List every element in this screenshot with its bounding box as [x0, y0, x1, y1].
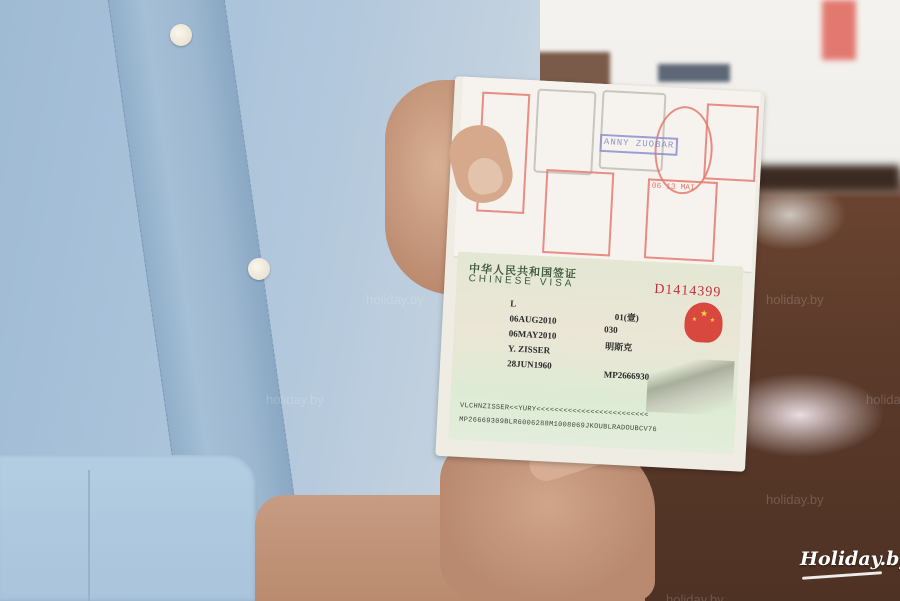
background-red-object: [822, 0, 856, 60]
stamp-date: 06 13 MAI: [651, 182, 695, 193]
date-stamp: 06 13 MAI: [644, 178, 718, 262]
photo-scene: ANNY ZUOBAR 06 13 MAI 中华人民共和国签证 CHINESE …: [0, 0, 900, 601]
watermark: holiday.by: [866, 392, 900, 407]
watermark: holiday.by: [266, 392, 324, 407]
shirt-sleeve-cuff: [0, 455, 258, 601]
watermark: holiday.by: [666, 592, 724, 601]
faded-stamp: [533, 88, 596, 175]
national-emblem-icon: ★ ★ ★: [684, 302, 724, 344]
great-wall-illustration: [646, 357, 735, 416]
visa-birth-date: 28JUN1960: [507, 358, 552, 370]
visa-entries: 01(壹): [614, 310, 639, 324]
holiday-logo: Holiday.by: [800, 548, 900, 570]
exit-stamp: [703, 103, 759, 182]
visa-category: L: [510, 298, 517, 308]
watermark: holiday.by: [366, 292, 424, 307]
visa-full-name: Y. ZISSER: [508, 343, 551, 355]
visa-issued-at: 明斯克: [605, 339, 633, 353]
watermark: holiday.by: [766, 292, 824, 307]
visa-number: D1414399: [654, 282, 722, 301]
background-dark-object: [658, 64, 730, 82]
visa-issue-date: 06MAY2010: [509, 328, 557, 340]
shirt-button: [170, 24, 192, 46]
cuff-seam: [88, 470, 90, 601]
watermark: holiday.by: [766, 492, 824, 507]
shirt-button: [248, 258, 270, 280]
visa-duration: 030: [604, 324, 618, 335]
chinese-visa: 中华人民共和国签证 CHINESE VISA D1414399 L 01(壹) …: [448, 252, 743, 455]
visa-passport-number: MP2666930: [603, 369, 649, 381]
logo-swash: [802, 571, 882, 580]
entry-stamp: [542, 169, 614, 256]
visa-enter-before: 06AUG2010: [509, 313, 556, 325]
